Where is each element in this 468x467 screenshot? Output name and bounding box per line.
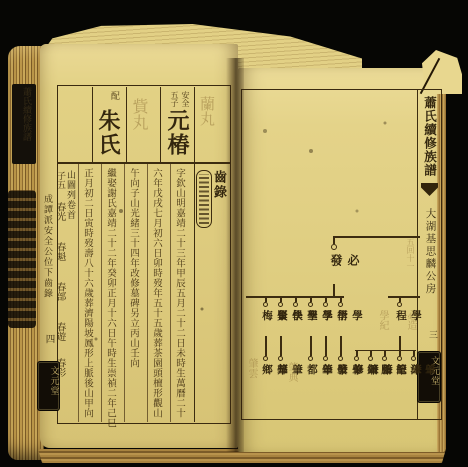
biography-column: 六年戊戌七月初六日卯時歿年五十五歲葬茶園頭檀形觀山	[149, 168, 161, 424]
node-circle-icon	[308, 302, 313, 307]
node-circle-icon	[411, 356, 416, 361]
son-order-note: 五子	[170, 91, 178, 107]
bleedthrough-name: 肇雲	[246, 358, 256, 378]
node-circle-icon	[263, 302, 268, 307]
bleedthrough-text: 蘭丸	[199, 96, 214, 126]
spouse-name: 朱氏	[96, 109, 118, 157]
header-divider-line	[58, 162, 230, 164]
header-rule	[160, 87, 161, 163]
torn-page-corner	[422, 50, 462, 94]
spouse-label: 配	[109, 91, 118, 100]
map-note: 山圖列卷首	[65, 170, 74, 220]
node-circle-icon	[323, 356, 328, 361]
tree-drop-line	[310, 336, 311, 350]
son-name: 春遊	[55, 322, 65, 341]
son-name: 春魁	[55, 242, 65, 261]
left-folio-number: 四	[44, 334, 54, 344]
register-label: 齒錄	[212, 170, 225, 200]
right-banxin-section: 大湖基思麟公房	[425, 208, 436, 296]
column-rule	[78, 164, 79, 422]
tree-connector	[334, 236, 420, 238]
spine-title-label: 蕭氏續修族譜	[12, 84, 36, 164]
column-rule	[101, 164, 102, 422]
tree-drop-line	[280, 336, 281, 350]
tree-connector	[388, 296, 420, 298]
son-name: 春部	[55, 282, 65, 301]
biography-column: 字欽山明嘉靖二十三年甲辰五月二十二日未時生萬曆二十	[172, 168, 184, 424]
node-circle-icon	[382, 356, 387, 361]
node-circle-icon	[331, 244, 337, 250]
dust-specks	[0, 0, 2, 2]
bleedthrough-name: 學紀	[377, 310, 387, 330]
node-circle-icon	[263, 356, 268, 361]
node-circle-icon	[278, 356, 283, 361]
node-circle-icon	[293, 302, 298, 307]
node-circle-icon	[338, 302, 343, 307]
node-circle-icon	[308, 356, 313, 361]
hall-stamp: 文元堂	[38, 362, 59, 410]
left-banxin-title: 成譚派安全公位下齒錄	[42, 194, 51, 299]
genealogy-book-photo: 蕭氏續修族譜 蘭丸 安全 五子 元椿 貲丸 配 朱氏 齒錄 字欽山明嘉靖二十三年…	[0, 0, 468, 467]
son-order-note: 安全	[181, 91, 189, 107]
header-rule	[92, 87, 93, 163]
spine-wear-band	[8, 190, 36, 328]
node-circle-icon	[323, 302, 328, 307]
node-circle-icon	[368, 356, 373, 361]
person-name: 必發	[328, 254, 362, 268]
column-rule	[170, 164, 171, 422]
column-rule	[124, 164, 125, 422]
hall-stamp: 文元堂	[418, 352, 440, 402]
tree-drop-line	[333, 284, 334, 296]
person-name: 肇沐	[408, 364, 438, 376]
right-banxin-title: 蕭氏續修族譜	[423, 96, 436, 177]
tree-drop-line	[265, 336, 266, 350]
right-folio-number: 三	[427, 330, 436, 339]
seal-cartouche	[196, 170, 212, 228]
entry-person-name: 元椿	[165, 109, 187, 157]
tree-drop-line	[399, 336, 400, 350]
biography-column: 正月初二日寅時歿壽八十六歲葬濟陽坡鳳形上脈後山甲向	[80, 168, 92, 424]
node-circle-icon	[338, 356, 343, 361]
header-rule	[126, 87, 127, 163]
bleedthrough-text: 貲丸	[131, 98, 147, 130]
biography-column: 繼娶謝氏嘉靖二十二年癸卯正月十六日午時生崇禎二年己巳	[103, 168, 115, 424]
node-circle-icon	[397, 356, 402, 361]
column-rule	[194, 87, 195, 422]
tree-drop-line	[325, 336, 326, 350]
tree-drop-line	[340, 336, 341, 350]
bleedthrough-name: 肇典	[286, 362, 296, 382]
node-circle-icon	[278, 302, 283, 307]
bleedthrough-name: 必造	[405, 310, 415, 330]
node-circle-icon	[354, 356, 359, 361]
person-name: 學衍	[335, 310, 365, 322]
biography-column: 午向子山光緒三十四年改修墓碑另立丙山壬向	[126, 168, 138, 424]
node-circle-icon	[397, 302, 402, 307]
column-rule	[147, 164, 148, 422]
bleedthrough-text: 五回十一	[406, 238, 414, 270]
node-stem	[333, 236, 334, 244]
sons-count-label: 子五	[55, 171, 64, 189]
son-name: 春光	[55, 202, 65, 221]
hall-stamp-text: 文元堂	[49, 366, 58, 396]
